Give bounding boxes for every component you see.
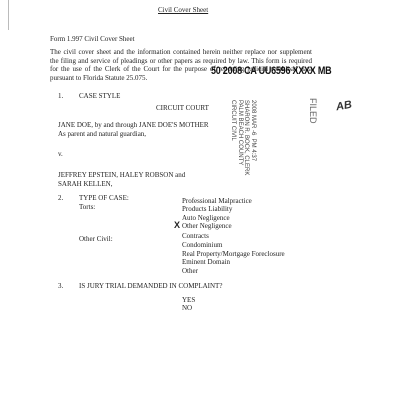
tort-option: Professional Malpractice (182, 197, 252, 205)
form-label: Form 1.997 Civil Cover Sheet (50, 35, 135, 43)
section3-heading: IS JURY TRIAL DEMANDED IN COMPLAINT? (79, 282, 222, 290)
check-mark: X (174, 220, 180, 230)
other-civil-option: Other (182, 267, 198, 275)
defendants-line-2: SARAH KELLEN, (58, 180, 112, 188)
stamp-line-1: SHARON R. BOCK, CLERK (244, 100, 250, 175)
stamp-line-3: CIRCUIT CIVIL (231, 100, 237, 141)
court-name: CIRCUIT COURT (156, 104, 209, 112)
defendants-line-1: JEFFREY EPSTEIN, HALEY ROBSON and (58, 171, 185, 179)
jury-option-yes: YES (182, 296, 195, 304)
section3-number: 3. (58, 282, 63, 290)
filed-stamp: FILED (308, 98, 318, 124)
tort-option: Products Liability (182, 205, 232, 213)
section2-heading: TYPE OF CASE: (79, 194, 129, 202)
tort-option: Auto Negligence (182, 214, 230, 222)
document-title: Civil Cover Sheet (158, 6, 208, 14)
handwritten-initials: AB (335, 99, 353, 114)
other-civil-option: Real Property/Mortgage Foreclosure (182, 250, 285, 258)
stamp-line-2: PALM BEACH COUNTY (237, 100, 243, 165)
stamp-date: 2008 MAR -6 PM 4:37 (250, 100, 256, 161)
section1-number: 1. (58, 92, 63, 100)
scan-edge-mark (8, 0, 9, 30)
versus: v. (58, 150, 63, 158)
torts-label: Torts: (79, 203, 95, 211)
other-civil-option: Condominium (182, 241, 222, 249)
case-number-stamp: 50 2008 CA UU6596 XXXX MB (211, 65, 331, 77)
other-civil-option: Contracts (182, 232, 209, 240)
clerk-stamp: 2008 MAR -6 PM 4:37 SHARON R. BOCK, CLER… (230, 100, 256, 175)
other-civil-label: Other Civil: (79, 235, 113, 243)
section2-number: 2. (58, 194, 63, 202)
other-civil-option: Eminent Domain (182, 258, 230, 266)
jury-option-no: NO (182, 304, 192, 312)
section1-heading: CASE STYLE (79, 92, 120, 100)
tort-option-checked: Other Negligence (182, 222, 232, 230)
plaintiff-line-2: As parent and natural guardian, (58, 130, 146, 138)
plaintiff-line-1: JANE DOE, by and through JANE DOE'S MOTH… (58, 121, 209, 129)
